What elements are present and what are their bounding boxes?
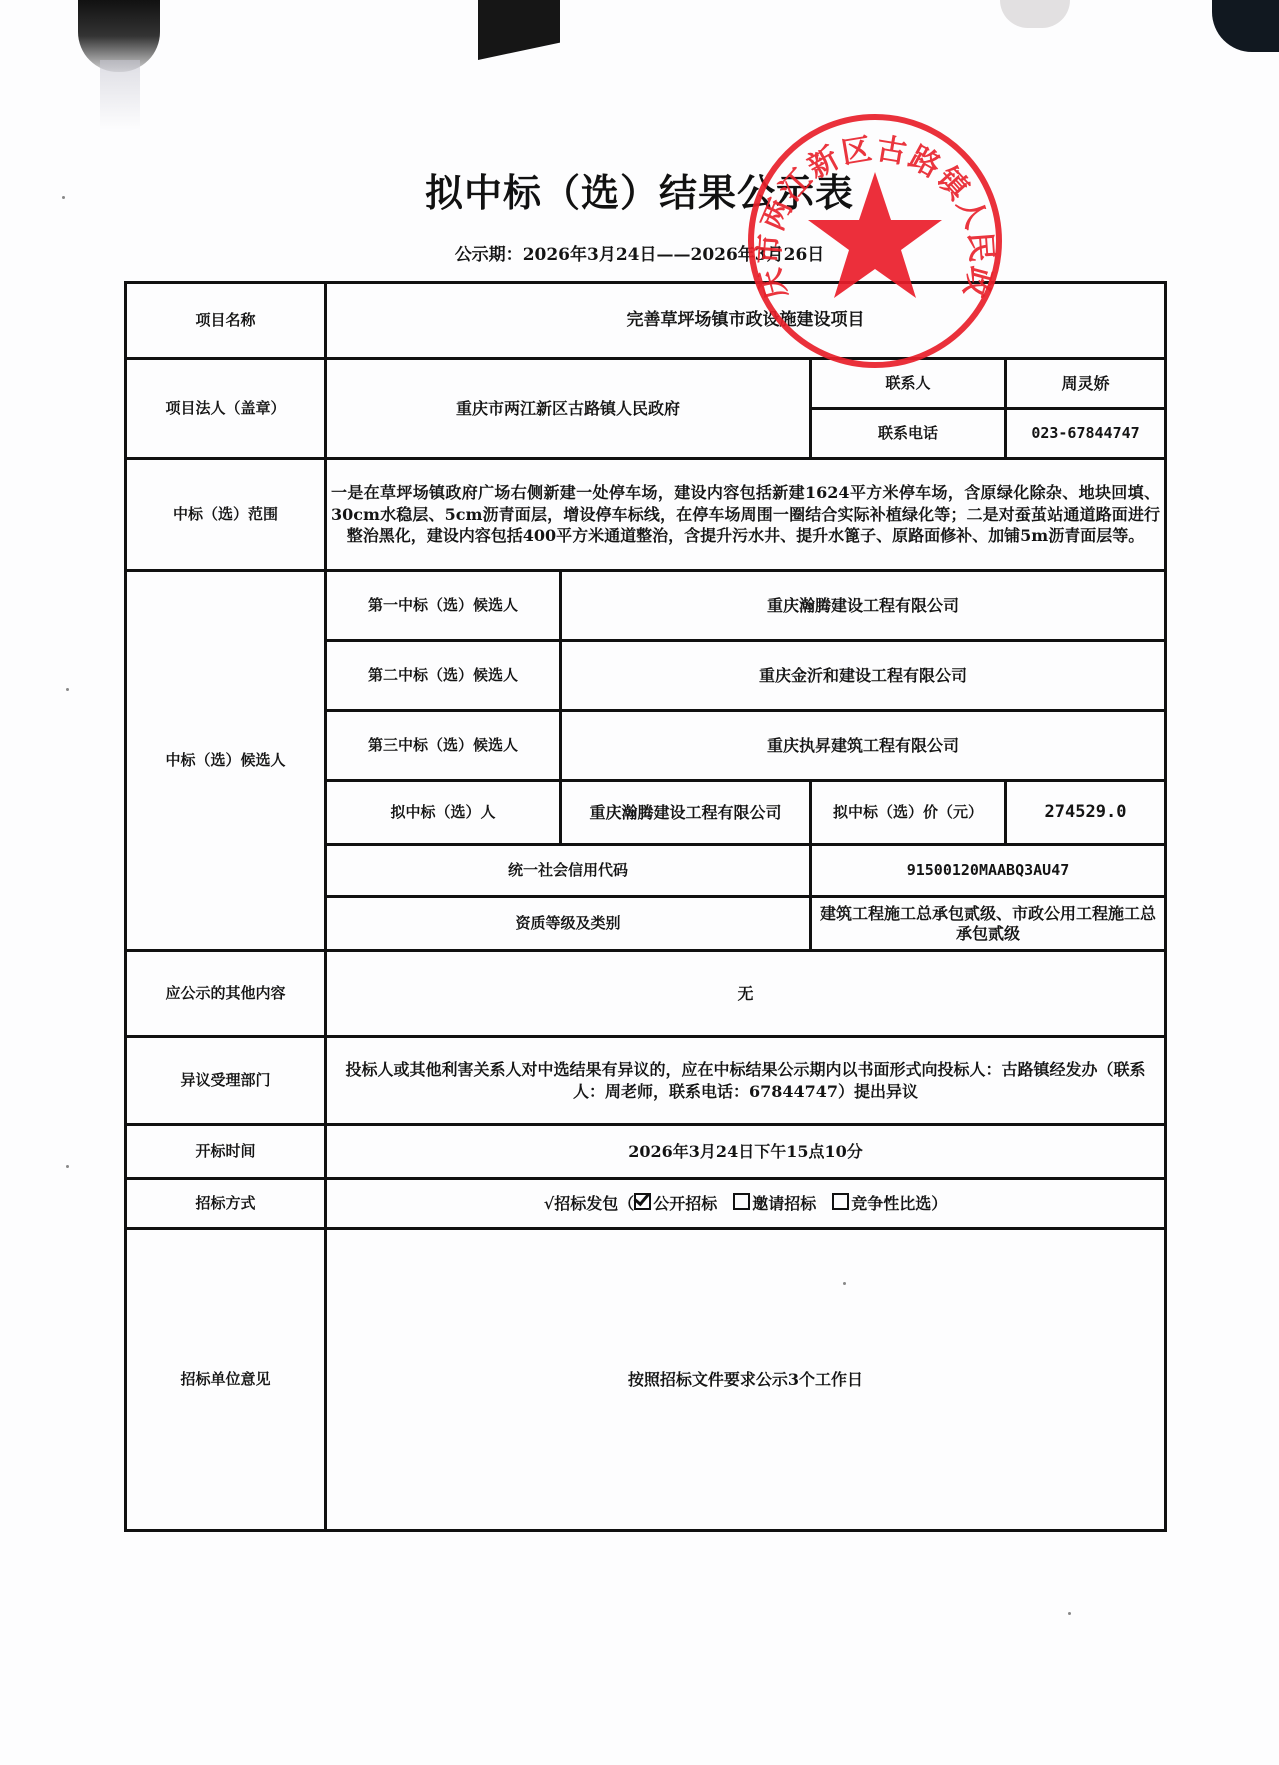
candidate-3-value: 重庆执昇建筑工程有限公司 [561,711,1166,781]
row-candidate-1: 中标（选）候选人 第一中标（选）候选人 重庆瀚腾建设工程有限公司 [126,571,1166,641]
credit-code-label: 统一社会信用代码 [326,845,811,897]
photo-shadow [100,60,140,130]
candidate-3-label: 第三中标（选）候选人 [326,711,561,781]
speck [66,1165,69,1168]
candidate-1-label: 第一中标（选）候选人 [326,571,561,641]
speck [1068,1612,1071,1615]
tender-method-suffix: ） [931,1194,947,1213]
price-value: 274529.0 [1006,781,1166,845]
row-legal-entity: 项目法人（盖章） 重庆市两江新区古路镇人民政府 联系人 周灵娇 [126,359,1166,409]
phone-label: 联系电话 [811,409,1006,459]
phone-value: 023-67844747 [1006,409,1166,459]
row-tender-method: 招标方式 √招标发包（公开招标邀请招标竞争性比选） [126,1179,1166,1229]
option-competitive-selection-label: 竞争性比选 [851,1194,931,1213]
checkbox-empty-icon [733,1193,750,1210]
project-name-label: 项目名称 [126,283,326,359]
winner-value: 重庆瀚腾建设工程有限公司 [561,781,811,845]
speck [62,196,65,199]
option-open-tender: 公开招标 [634,1194,717,1213]
photo-shadow [1212,0,1279,52]
row-bid-opening: 开标时间 2026年3月24日下午15点10分 [126,1125,1166,1179]
row-objection: 异议受理部门 投标人或其他利害关系人对中选结果有异议的，应在中标结果公示期内以书… [126,1037,1166,1125]
speck [843,1282,846,1285]
other-content-label: 应公示的其他内容 [126,951,326,1037]
legal-entity-label: 项目法人（盖章） [126,359,326,459]
scope-cell: 一是在草坪场镇政府广场右侧新建一处停车场，建设内容包括新建1624平方米停车场，… [326,459,1166,571]
scope-label: 中标（选）范围 [126,459,326,571]
contact-label: 联系人 [811,359,1006,409]
document-title: 拟中标（选）结果公示表 [0,162,1279,217]
tender-method-label: 招标方式 [126,1179,326,1229]
credit-code-value: 91500120MAABQ3AU47 [811,845,1166,897]
row-scope: 中标（选）范围 一是在草坪场镇政府广场右侧新建一处停车场，建设内容包括新建162… [126,459,1166,571]
period-label: 公示期： [455,245,523,265]
project-name-value: 完善草坪场镇市政设施建设项目 [326,283,1166,359]
other-content-value: 无 [326,951,1166,1037]
candidate-2-label: 第二中标（选）候选人 [326,641,561,711]
checkbox-checked-icon [634,1193,651,1210]
qualification-label: 资质等级及类别 [326,897,811,951]
candidates-label: 中标（选）候选人 [126,571,326,951]
result-table: 项目名称 完善草坪场镇市政设施建设项目 项目法人（盖章） 重庆市两江新区古路镇人… [124,281,1167,1532]
option-invited-tender-label: 邀请招标 [752,1194,816,1213]
legal-entity-value: 重庆市两江新区古路镇人民政府 [326,359,811,459]
candidate-2-value: 重庆金沂和建设工程有限公司 [561,641,1166,711]
row-tenderer-opinion: 招标单位意见 按照招标文件要求公示3个工作日 [126,1229,1166,1531]
speck [66,688,69,691]
tender-method-prefix: √招标发包（ [544,1194,635,1213]
winner-label: 拟中标（选）人 [326,781,561,845]
period-value: 2026年3月24日——2026年3月26日 [523,245,825,265]
row-other-content: 应公示的其他内容 无 [126,951,1166,1037]
tenderer-opinion-value: 按照招标文件要求公示3个工作日 [326,1229,1166,1531]
objection-value: 投标人或其他利害关系人对中选结果有异议的，应在中标结果公示期内以书面形式向投标人… [326,1037,1166,1125]
photo-shadow [478,0,560,60]
option-invited-tender: 邀请招标 [733,1194,816,1213]
checkbox-empty-icon [832,1193,849,1210]
publicity-period: 公示期：2026年3月24日——2026年3月26日 [0,240,1279,265]
scope-value: 一是在草坪场镇政府广场右侧新建一处停车场，建设内容包括新建1624平方米停车场，… [331,482,1160,547]
bid-opening-value: 2026年3月24日下午15点10分 [326,1125,1166,1179]
qualification-value: 建筑工程施工总承包贰级、市政公用工程施工总承包贰级 [811,897,1166,951]
candidate-1-value: 重庆瀚腾建设工程有限公司 [561,571,1166,641]
bid-opening-label: 开标时间 [126,1125,326,1179]
tender-method-value: √招标发包（公开招标邀请招标竞争性比选） [326,1179,1166,1229]
tenderer-opinion-label: 招标单位意见 [126,1229,326,1531]
price-label: 拟中标（选）价（元） [811,781,1006,845]
row-project-name: 项目名称 完善草坪场镇市政设施建设项目 [126,283,1166,359]
option-open-tender-label: 公开招标 [653,1194,717,1213]
option-competitive-selection: 竞争性比选 [832,1194,931,1213]
objection-label: 异议受理部门 [126,1037,326,1125]
photo-shadow [1000,0,1070,28]
contact-value: 周灵娇 [1006,359,1166,409]
